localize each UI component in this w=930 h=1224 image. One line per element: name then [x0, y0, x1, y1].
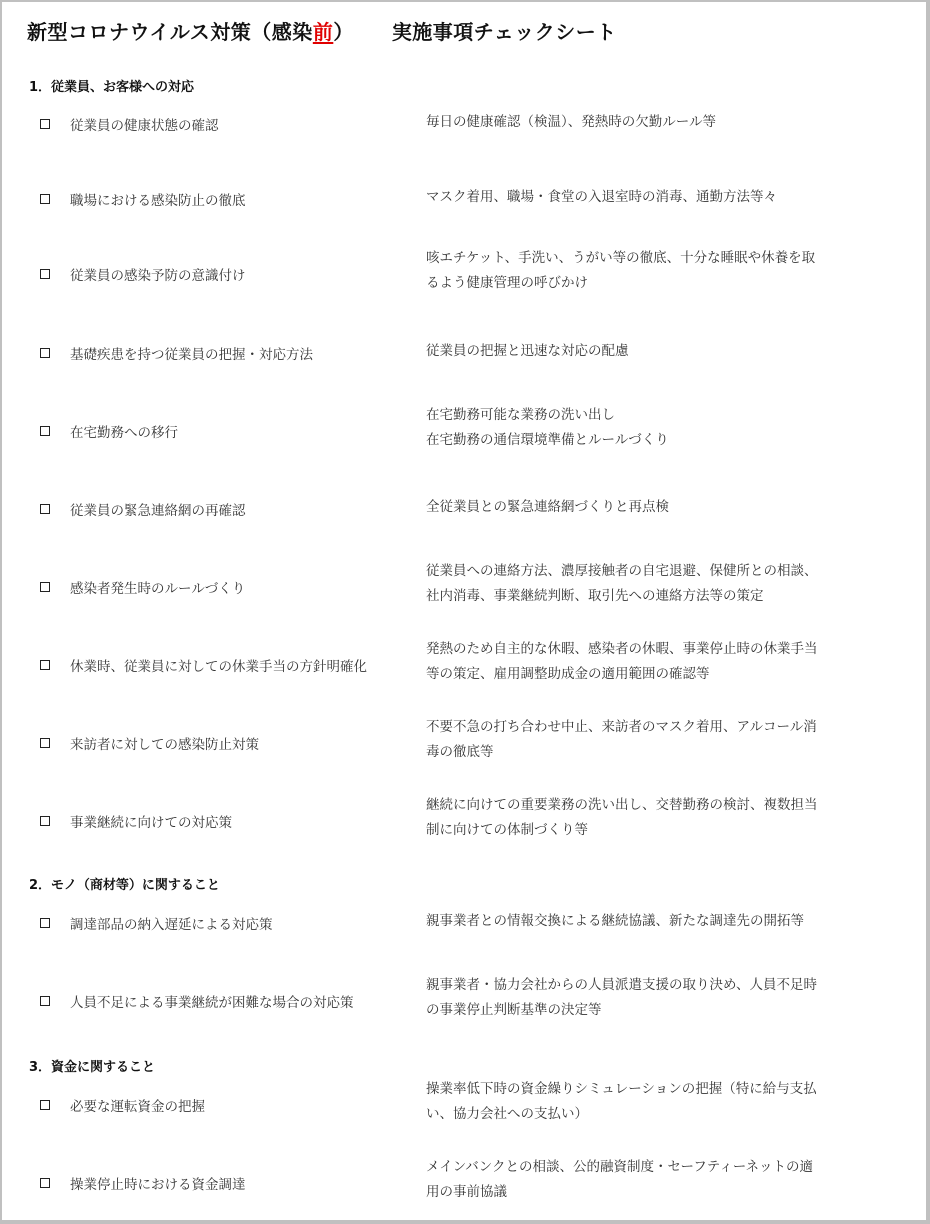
- item-description: 親事業者・協力会社からの人員派遣支援の取り決め、人員不足時の事業停止判断基準の決…: [426, 973, 871, 1023]
- description-line: 全従業員との緊急連絡網づくりと再点検: [426, 495, 871, 520]
- item-label: 感染者発生時のルールづくり: [70, 577, 245, 597]
- checklist-page: 新型コロナウイルス対策（感染前）実施事項チェックシート 1．従業員、お客様への対…: [2, 2, 926, 1220]
- item-description: 操業率低下時の資金繰りシミュレーションの把握（特に給与支払い、協力会社への支払い…: [426, 1077, 871, 1127]
- description-line: 社内消毒、事業継続判断、取引先への連絡方法等の策定: [426, 584, 871, 609]
- description-line: マスク着用、職場・食堂の入退室時の消毒、通勤方法等々: [426, 185, 871, 210]
- item-label: 人員不足による事業継続が困難な場合の対応策: [70, 991, 354, 1011]
- item-description: 咳エチケット、手洗い、うがい等の徹底、十分な睡眠や休養を取るよう健康管理の呼びか…: [426, 246, 871, 296]
- description-line: 継続に向けての重要業務の洗い出し、交替勤務の検討、複数担当: [426, 793, 871, 818]
- item-description: メインバンクとの相談、公的融資制度・セーフティーネットの適用の事前協議: [426, 1155, 871, 1205]
- description-line: 在宅勤務の通信環境準備とルールづくり: [426, 428, 871, 453]
- description-line: 咳エチケット、手洗い、うがい等の徹底、十分な睡眠や休養を取: [426, 246, 871, 271]
- checkbox[interactable]: [40, 996, 50, 1006]
- description-line: るよう健康管理の呼びかけ: [426, 271, 871, 296]
- item-description: 全従業員との緊急連絡網づくりと再点検: [426, 495, 871, 520]
- checkbox[interactable]: [40, 816, 50, 826]
- item-label: 休業時、従業員に対しての休業手当の方針明確化: [70, 655, 367, 675]
- checkbox[interactable]: [40, 1178, 50, 1188]
- item-description: 不要不急の打ち合わせ中止、来訪者のマスク着用、アルコール消毒の徹底等: [426, 715, 871, 765]
- item-description: 発熱のため自主的な休暇、感染者の休暇、事業停止時の休業手当等の策定、雇用調整助成…: [426, 637, 871, 687]
- item-description: 親事業者との情報交換による継続協議、新たな調達先の開拓等: [426, 909, 871, 934]
- item-description: 毎日の健康確認（検温）、発熱時の欠勤ルール等: [426, 110, 871, 135]
- checkbox[interactable]: [40, 582, 50, 592]
- section-heading-2: 2．モノ（商材等）に関すること: [29, 874, 220, 893]
- item-label: 事業継続に向けての対応策: [70, 811, 232, 831]
- checkbox[interactable]: [40, 918, 50, 928]
- item-label: 従業員の感染予防の意識付け: [70, 264, 246, 284]
- checkbox[interactable]: [40, 426, 50, 436]
- checkbox[interactable]: [40, 504, 50, 514]
- description-line: 従業員の把握と迅速な対応の配慮: [426, 339, 871, 364]
- description-line: の事業停止判断基準の決定等: [426, 998, 871, 1023]
- item-description: 継続に向けての重要業務の洗い出し、交替勤務の検討、複数担当制に向けての体制づくり…: [426, 793, 871, 843]
- description-line: 等の策定、雇用調整助成金の適用範囲の確認等: [426, 662, 871, 687]
- description-line: い、協力会社への支払い）: [426, 1102, 871, 1127]
- checkbox[interactable]: [40, 1100, 50, 1110]
- description-line: 用の事前協議: [426, 1180, 871, 1205]
- page-title: 新型コロナウイルス対策（感染前）実施事項チェックシート: [27, 16, 617, 45]
- description-line: 在宅勤務可能な業務の洗い出し: [426, 403, 871, 428]
- description-line: 制に向けての体制づくり等: [426, 818, 871, 843]
- description-line: 従業員への連絡方法、濃厚接触者の自宅退避、保健所との相談、: [426, 559, 871, 584]
- checkbox[interactable]: [40, 194, 50, 204]
- item-label: 来訪者に対しての感染防止対策: [70, 733, 259, 753]
- item-label: 職場における感染防止の徹底: [70, 189, 246, 209]
- checkbox[interactable]: [40, 269, 50, 279]
- title-prefix: 新型コロナウイルス対策（感染: [27, 20, 313, 44]
- checkbox[interactable]: [40, 738, 50, 748]
- title-main: 実施事項チェックシート: [392, 20, 617, 44]
- item-label: 必要な運転資金の把握: [70, 1095, 205, 1115]
- description-line: 毒の徹底等: [426, 740, 871, 765]
- item-label: 操業停止時における資金調達: [70, 1173, 246, 1193]
- title-accent: 前: [313, 20, 334, 44]
- item-label: 在宅勤務への移行: [70, 421, 178, 441]
- title-paren: ）: [333, 20, 354, 44]
- checkbox[interactable]: [40, 119, 50, 129]
- item-description: 在宅勤務可能な業務の洗い出し在宅勤務の通信環境準備とルールづくり: [426, 403, 871, 453]
- section-heading-3: 3．資金に関すること: [29, 1056, 155, 1075]
- item-label: 基礎疾患を持つ従業員の把握・対応方法: [70, 343, 313, 363]
- description-line: 親事業者との情報交換による継続協議、新たな調達先の開拓等: [426, 909, 871, 934]
- item-description: 従業員の把握と迅速な対応の配慮: [426, 339, 871, 364]
- description-line: 毎日の健康確認（検温）、発熱時の欠勤ルール等: [426, 110, 871, 135]
- item-description: 従業員への連絡方法、濃厚接触者の自宅退避、保健所との相談、社内消毒、事業継続判断…: [426, 559, 871, 609]
- item-label: 調達部品の納入遅延による対応策: [70, 913, 273, 933]
- section-heading-1: 1．従業員、お客様への対応: [29, 76, 194, 95]
- description-line: 親事業者・協力会社からの人員派遣支援の取り決め、人員不足時: [426, 973, 871, 998]
- checkbox[interactable]: [40, 348, 50, 358]
- description-line: 不要不急の打ち合わせ中止、来訪者のマスク着用、アルコール消: [426, 715, 871, 740]
- description-line: 発熱のため自主的な休暇、感染者の休暇、事業停止時の休業手当: [426, 637, 871, 662]
- description-line: 操業率低下時の資金繰りシミュレーションの把握（特に給与支払: [426, 1077, 871, 1102]
- checkbox[interactable]: [40, 660, 50, 670]
- item-label: 従業員の健康状態の確認: [70, 114, 219, 134]
- description-line: メインバンクとの相談、公的融資制度・セーフティーネットの適: [426, 1155, 871, 1180]
- item-label: 従業員の緊急連絡網の再確認: [70, 499, 246, 519]
- item-description: マスク着用、職場・食堂の入退室時の消毒、通勤方法等々: [426, 185, 871, 210]
